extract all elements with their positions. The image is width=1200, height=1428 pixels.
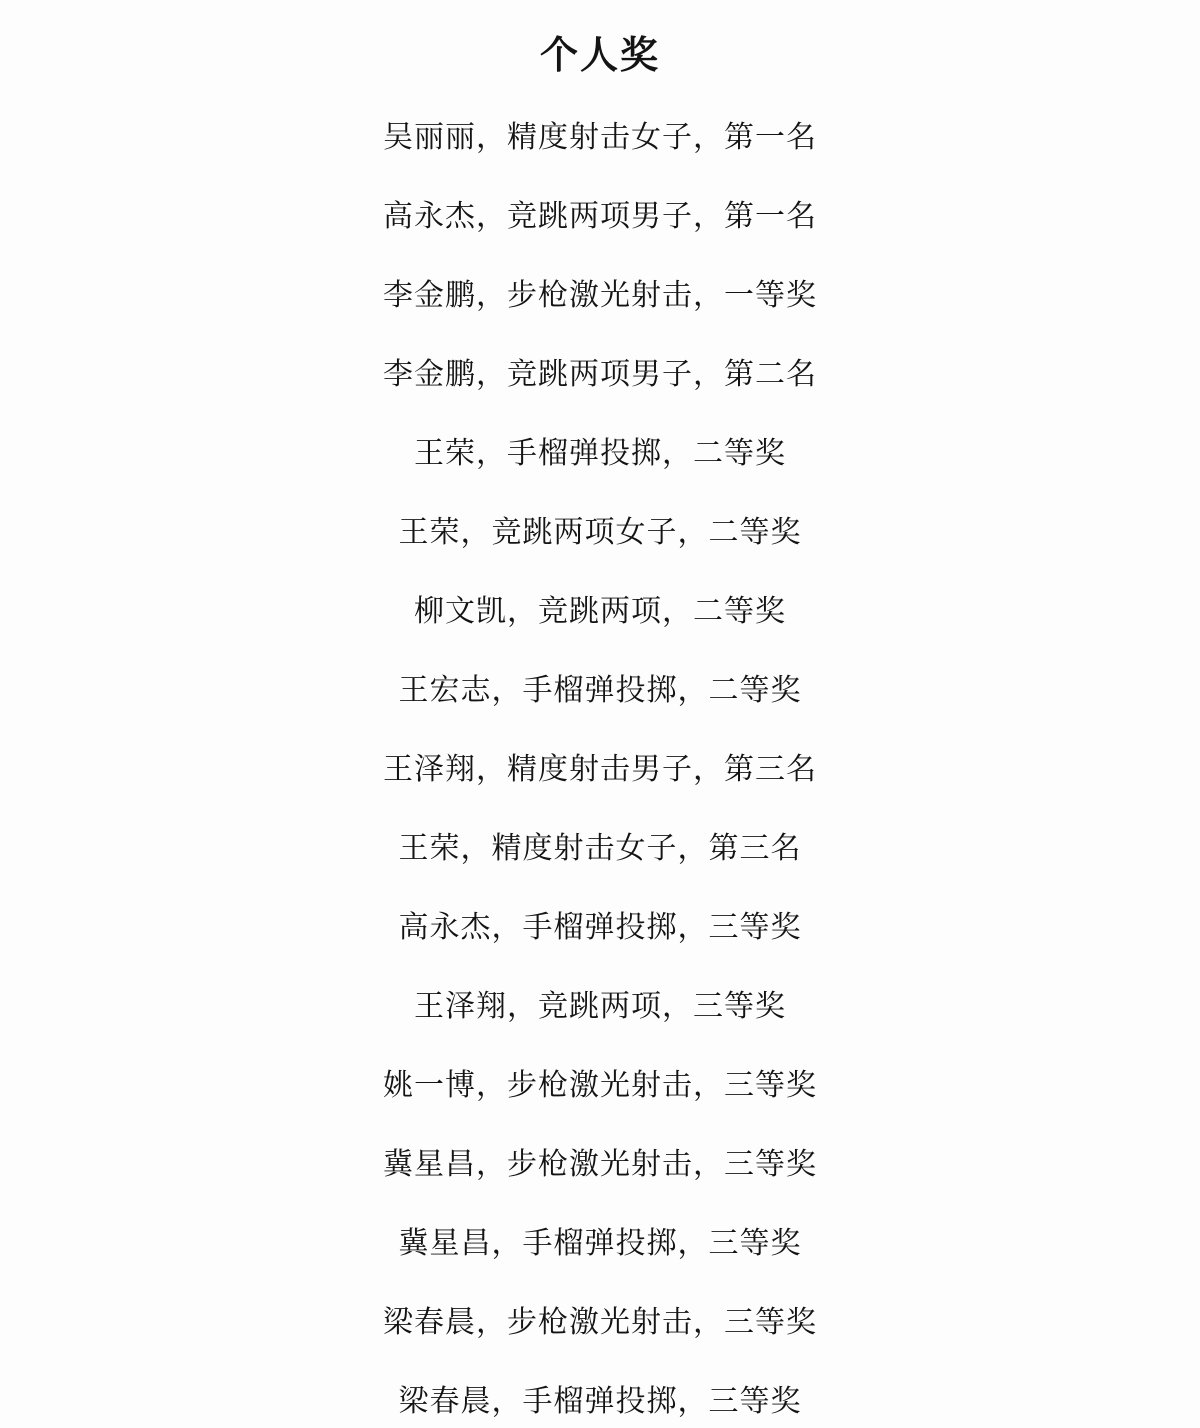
- award-line: 李金鹏，竞跳两项男子，第二名: [0, 360, 1200, 390]
- award-line: 梁春晨，手榴弹投掷，三等奖: [0, 1387, 1200, 1417]
- award-line: 姚一博，步枪激光射击，三等奖: [0, 1071, 1200, 1101]
- award-line: 王荣，精度射击女子，第三名: [0, 834, 1200, 864]
- award-line: 王泽翔，精度射击男子，第三名: [0, 755, 1200, 785]
- award-line: 王荣，手榴弹投掷，二等奖: [0, 439, 1200, 469]
- award-line: 高永杰，竞跳两项男子，第一名: [0, 202, 1200, 232]
- document-page: 个人奖 吴丽丽，精度射击女子，第一名 高永杰，竞跳两项男子，第一名 李金鹏，步枪…: [0, 0, 1200, 1428]
- award-line: 王泽翔，竞跳两项，三等奖: [0, 992, 1200, 1022]
- award-line: 柳文凯，竞跳两项，二等奖: [0, 597, 1200, 627]
- award-line: 吴丽丽，精度射击女子，第一名: [0, 123, 1200, 153]
- award-line: 冀星昌，步枪激光射击，三等奖: [0, 1150, 1200, 1180]
- award-line: 王宏志，手榴弹投掷，二等奖: [0, 676, 1200, 706]
- award-line: 王荣，竞跳两项女子，二等奖: [0, 518, 1200, 548]
- award-list: 吴丽丽，精度射击女子，第一名 高永杰，竞跳两项男子，第一名 李金鹏，步枪激光射击…: [0, 123, 1200, 1417]
- award-line: 李金鹏，步枪激光射击，一等奖: [0, 281, 1200, 311]
- page-title: 个人奖: [0, 36, 1200, 74]
- award-line: 冀星昌，手榴弹投掷，三等奖: [0, 1229, 1200, 1259]
- award-line: 高永杰，手榴弹投掷，三等奖: [0, 913, 1200, 943]
- award-line: 梁春晨，步枪激光射击，三等奖: [0, 1308, 1200, 1338]
